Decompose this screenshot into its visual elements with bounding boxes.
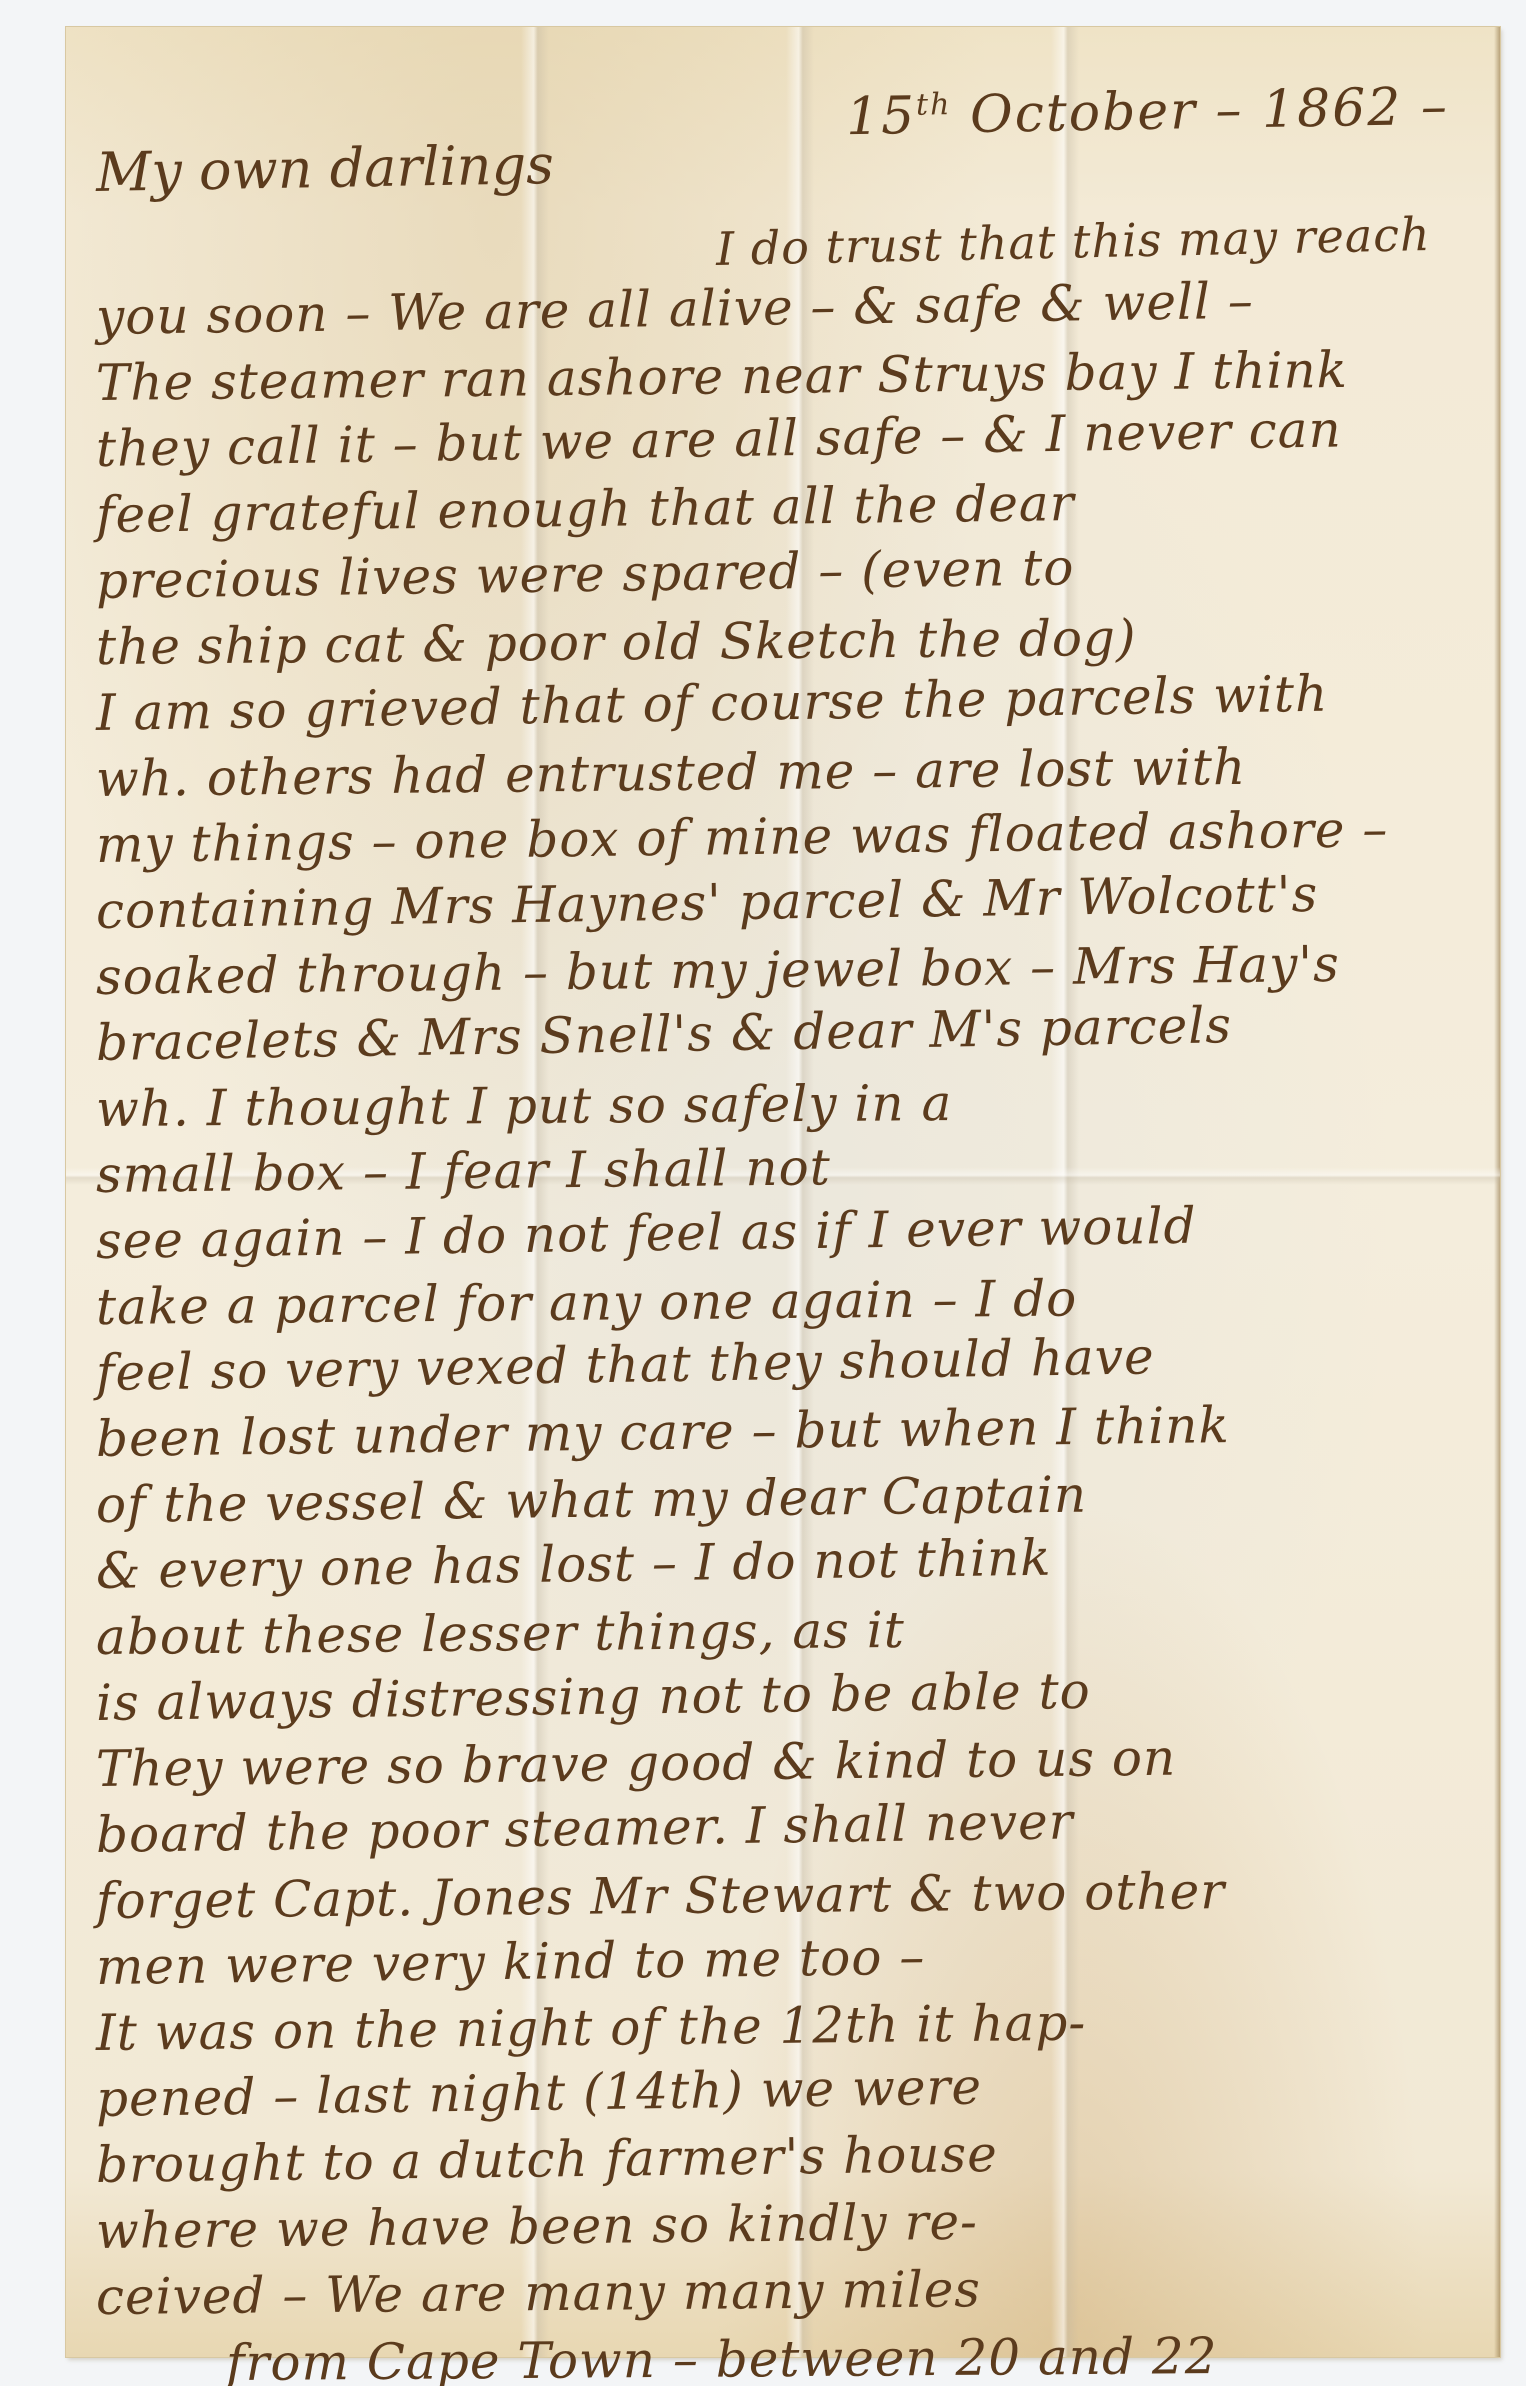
letter-line: take a parcel for any one again – I do (96, 1269, 1078, 1336)
letter-line: containing Mrs Haynes' parcel & Mr Wolco… (96, 865, 1319, 940)
letter-line: It was on the night of the 12th it hap- (96, 1994, 1087, 2062)
salutation: My own darlings (95, 133, 554, 204)
letter-line: & every one has lost – I do not think (96, 1529, 1052, 1600)
letter-line: feel grateful enough that all the dear (96, 474, 1075, 544)
letter-line: of the vessel & what my dear Captain (96, 1466, 1088, 1534)
letter-line: feel so very vexed that they should have (96, 1327, 1155, 1402)
letter-page: 15th October – 1862 – My own darlings I … (66, 27, 1500, 2357)
letter-line: ceived – We are many many miles (96, 2260, 981, 2326)
letter-line: wh. others had entrusted me – are lost w… (96, 738, 1247, 808)
letter-line: precious lives were spared – (even to (96, 538, 1075, 610)
letter-line: they call it – but we are all safe – & I… (96, 400, 1343, 478)
letter-line: been lost under my care – but when I thi… (96, 1396, 1230, 1468)
letter-line: pened – last night (14th) we were (96, 2058, 983, 2128)
letter-line: bracelets & Mrs Snell's & dear M's parce… (96, 996, 1233, 1072)
letter-line: The steamer ran ashore near Struys bay I… (96, 341, 1349, 412)
letter-line: men were very kind to me too – (96, 1928, 926, 1996)
letter-line: I do trust that this may reach (715, 207, 1431, 276)
letter-line: brought to a dutch farmer's house (96, 2125, 998, 2194)
letter-date: 15th October – 1862 – (846, 77, 1450, 148)
date-rest: October – 1862 – (970, 77, 1450, 145)
letter-line: forget Capt. Jones Mr Stewart & two othe… (96, 1862, 1226, 1930)
letter-line: see again – I do not feel as if I ever w… (96, 1197, 1197, 1270)
letter-line: you soon – We are all alive – & safe & w… (96, 272, 1255, 346)
letter-line: from Cape Town – between 20 and 22 (226, 2327, 1218, 2386)
letter-line: They were so brave good & kind to us on (96, 1729, 1177, 1798)
letter-line: is always distressing not to be able to (96, 1662, 1091, 1732)
letter-line: wh. I thought I put so safely in a (96, 1074, 953, 1138)
letter-line: where we have been so kindly re- (96, 2193, 979, 2260)
letter-line: board the poor steamer. I shall never (96, 1792, 1074, 1864)
letter-line: I am so grieved that of course the parce… (96, 665, 1329, 742)
letter-line: the ship cat & poor old Sketch the dog) (96, 609, 1137, 676)
letter-line: my things – one box of mine was floated … (96, 800, 1389, 874)
letter-text: 15th October – 1862 – My own darlings I … (66, 27, 1500, 2357)
letter-line: small box – I fear I shall not (96, 1138, 831, 1204)
date-day: 15 (846, 86, 917, 147)
date-suffix: th (916, 87, 952, 123)
letter-line: soaked through – but my jewel box – Mrs … (96, 935, 1340, 1006)
letter-line: about these lesser things, as it (96, 1601, 905, 1666)
